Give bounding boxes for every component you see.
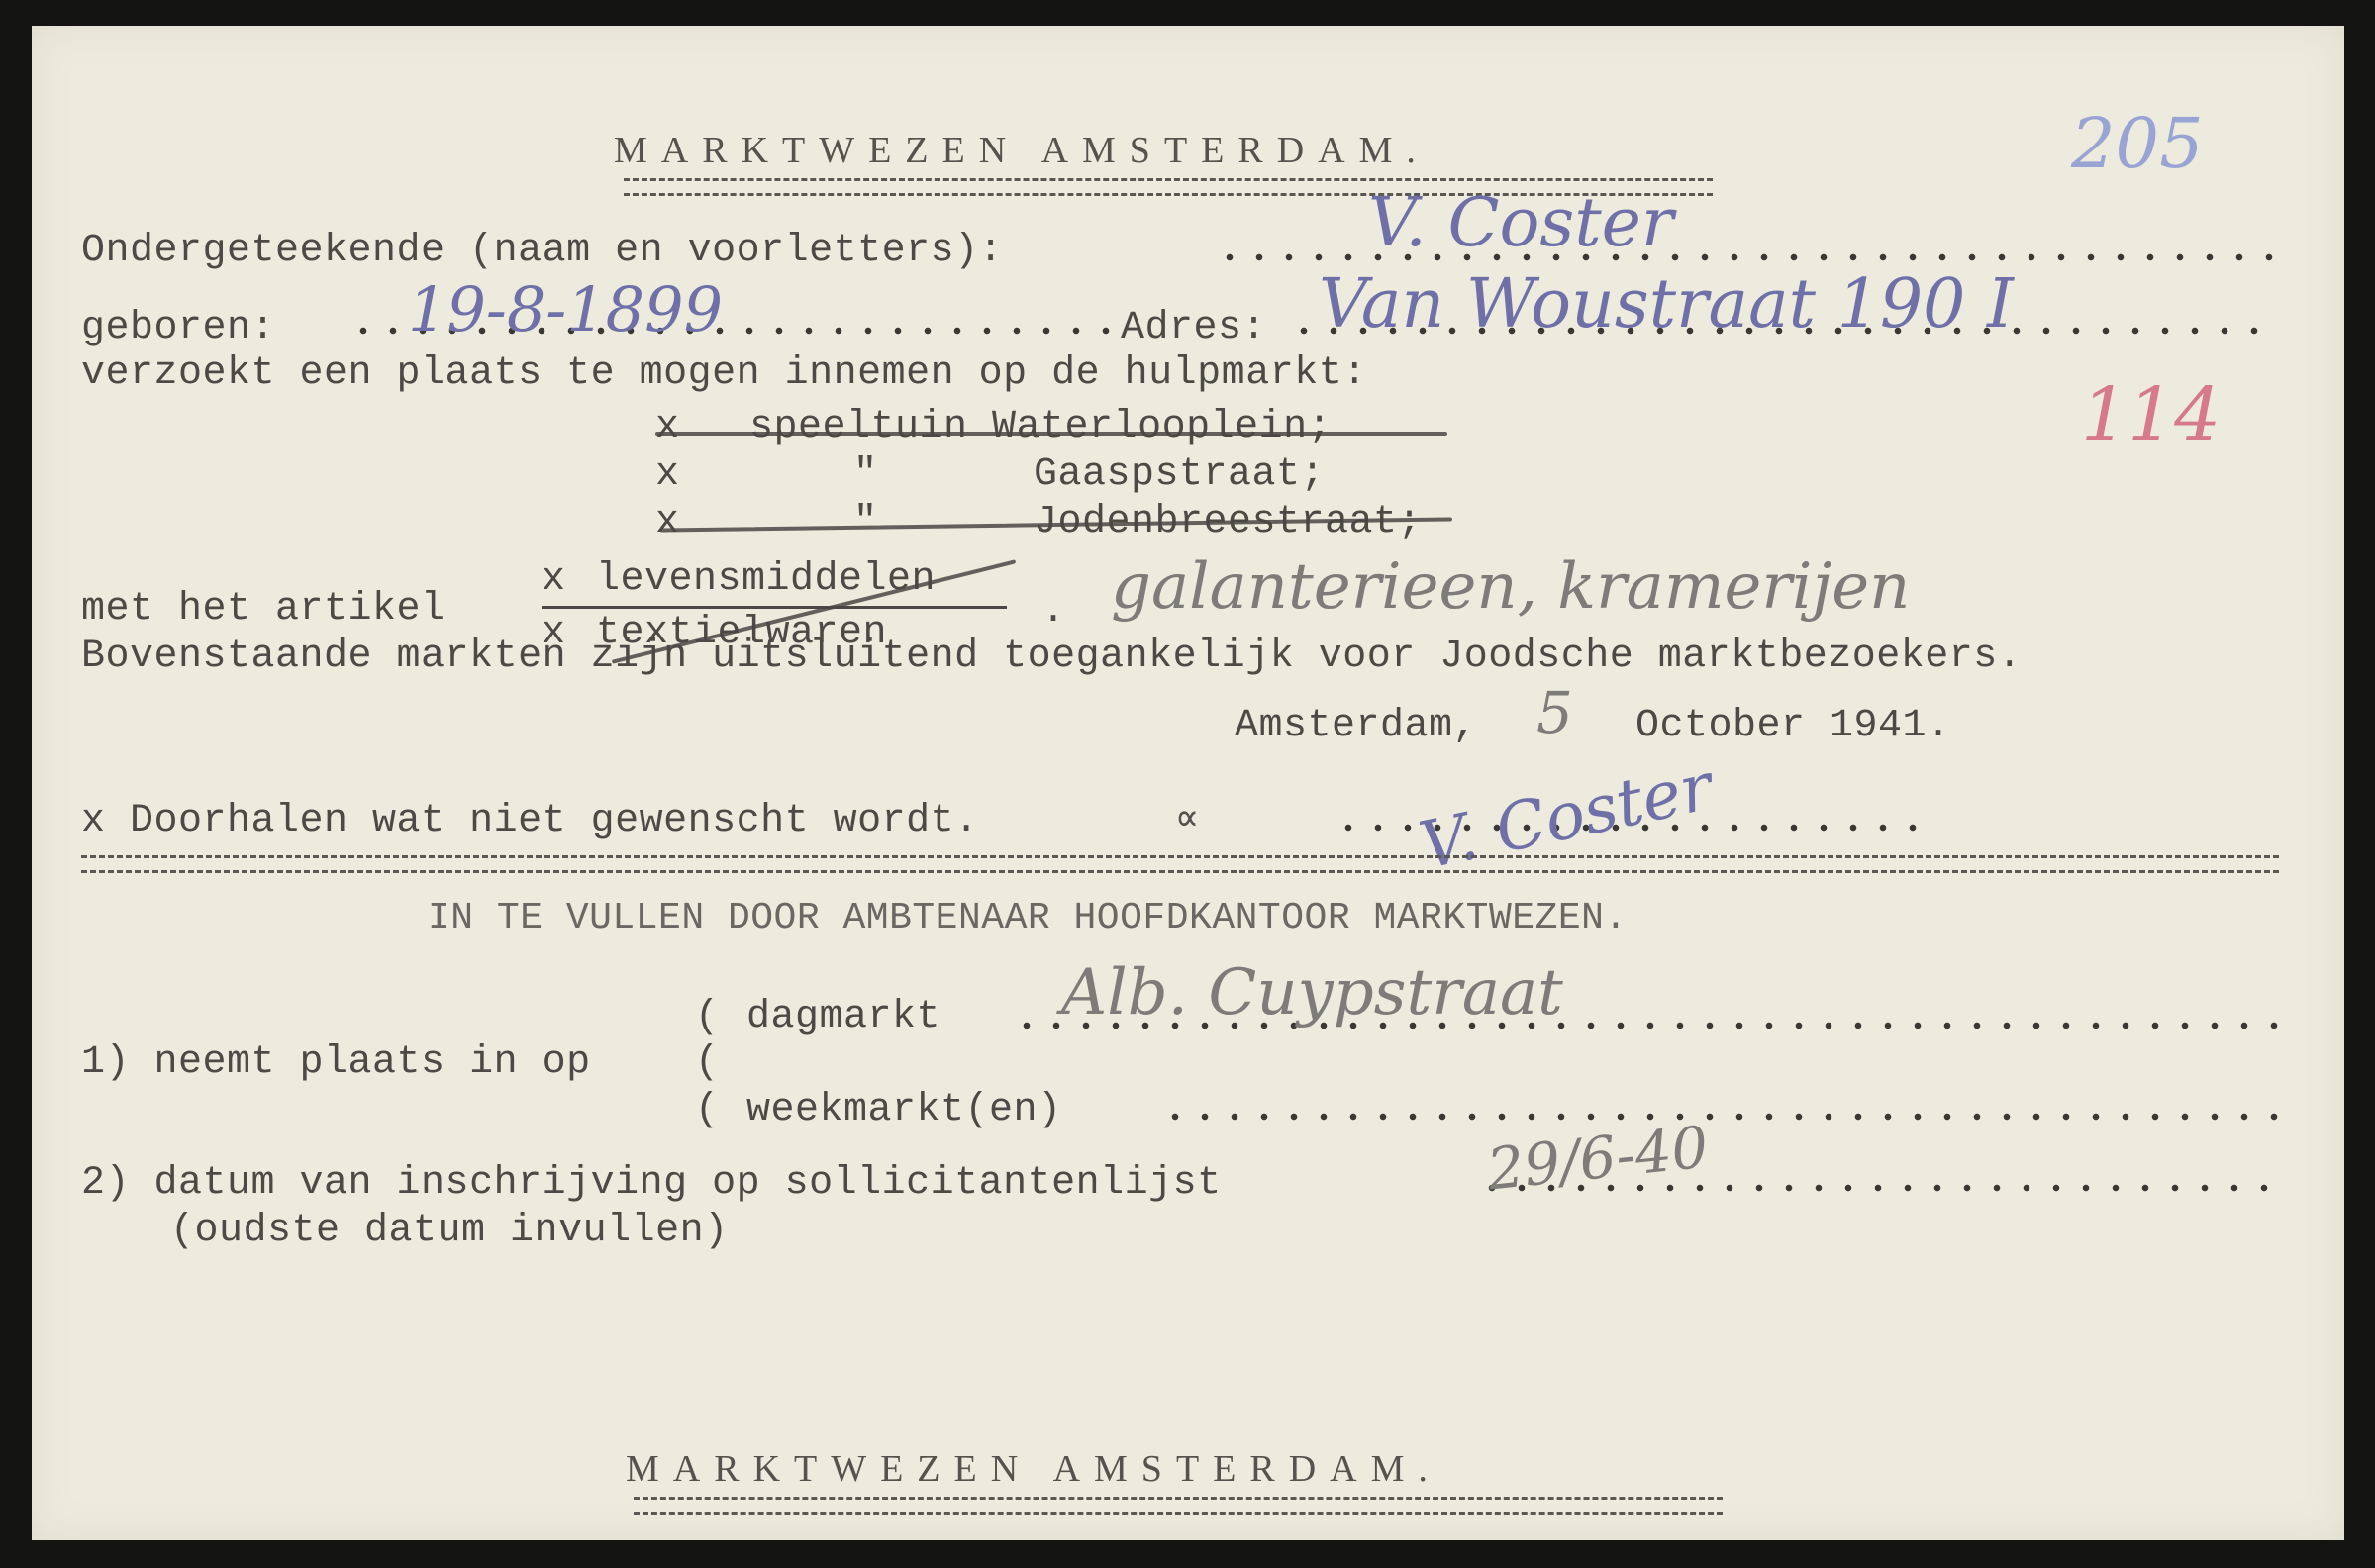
request-text: verzoekt een plaats te mogen innemen op …	[81, 352, 1367, 396]
official-item-2-sub: (oudste datum invullen)	[170, 1210, 729, 1253]
notice-text: Bovenstaande markten zijn uitsluitend to…	[81, 636, 2022, 679]
brace-middle: (	[695, 1041, 720, 1085]
born-value: 19-8-1899	[408, 273, 723, 345]
weekmarkt-label: weekmarkt(en)	[746, 1089, 1062, 1132]
address-value: Van Woustraat 190 I	[1319, 265, 2014, 343]
header-title: MARKTWEZEN AMSTERDAM.	[614, 129, 1430, 172]
place-city: Amsterdam,	[1235, 705, 1477, 748]
official-heading: IN TE VULLEN DOOR AMBTENAAR HOOFDKANTOOR…	[428, 897, 1628, 940]
dagmarkt-label: dagmarkt	[746, 996, 940, 1039]
brace-top: (	[695, 996, 720, 1039]
section-separator	[81, 855, 2279, 873]
market-1-prefix: x	[655, 406, 680, 449]
market-application-card: MARKTWEZEN AMSTERDAM. 205 Ondergeteekend…	[32, 26, 2344, 1540]
market-1-label: speeltuin Waterlooplein;	[749, 406, 1332, 449]
article-fraction-line	[542, 606, 1007, 609]
market-3-prefix: x	[655, 501, 680, 544]
weekmarkt-dotted-line	[1160, 1113, 2279, 1121]
corner-number-blue: 205	[2071, 103, 2204, 184]
official-item-2-label: 2) datum van inschrijving op sollicitant…	[81, 1162, 1222, 1206]
name-label: Ondergeteekende (naam en voorletters):	[81, 230, 1003, 273]
footer-double-underline	[634, 1497, 1723, 1515]
born-label: geboren:	[81, 307, 275, 350]
address-label: Adres:	[1121, 307, 1266, 350]
article-period: .	[1041, 590, 1066, 634]
alpha-mark: ∝	[1175, 800, 1200, 843]
strike-note: x Doorhalen wat niet gewenscht wordt.	[81, 800, 979, 843]
market-1-strikethrough	[655, 432, 1447, 436]
market-2-prefix: x	[655, 453, 680, 497]
article-handwritten: galanterieen, kramerijen	[1111, 550, 1910, 624]
market-2-ditto: "	[853, 453, 878, 497]
date-day: 5	[1536, 679, 1573, 746]
corner-number-red: 114	[2081, 372, 2221, 457]
name-value: V. Coster	[1368, 184, 1673, 262]
official-item-1-label: 1) neemt plaats in op	[81, 1041, 591, 1085]
article-option-1-prefix: x	[542, 558, 566, 602]
dagmarkt-value: Alb. Cuypstraat	[1061, 956, 1563, 1029]
market-3-ditto: "	[853, 501, 878, 544]
market-2-label: Gaaspstraat;	[1034, 453, 1325, 497]
footer-title: MARKTWEZEN AMSTERDAM.	[626, 1447, 1441, 1491]
article-label: met het artikel	[81, 588, 445, 632]
date-month-year: October 1941.	[1635, 705, 1951, 748]
brace-bottom: (	[695, 1089, 720, 1132]
